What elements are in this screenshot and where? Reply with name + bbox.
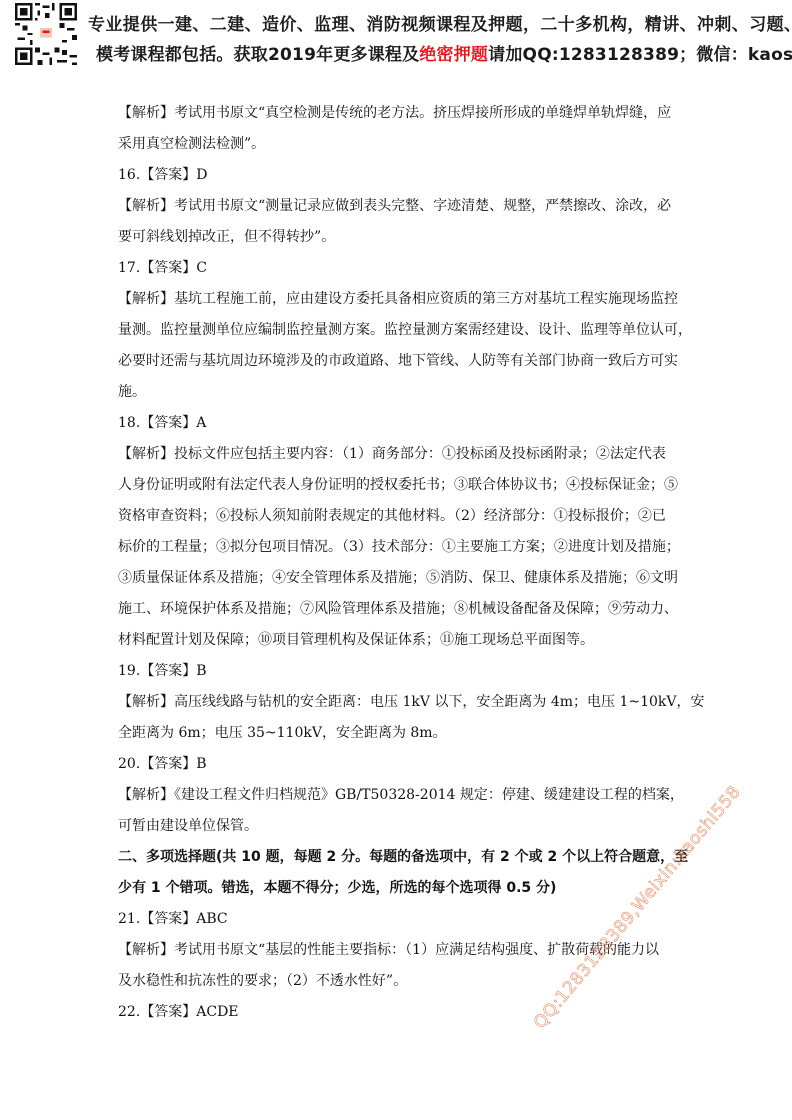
- analysis-line: 要可斜线划掉改正，但不得转抄”。: [118, 224, 674, 255]
- analysis-line: 【解析】高压线线路与钻机的安全距离：电压 1kV 以下，安全距离为 4m；电压 …: [118, 689, 674, 720]
- header-line-2: 模考课程都包括。获取2019年更多课程及绝密押题请加QQ:1283128389；…: [96, 40, 792, 65]
- analysis-line: 可暂由建设单位保管。: [118, 813, 674, 844]
- analysis-line: 【解析】投标文件应包括主要内容：（1）商务部分：①投标函及投标函附录；②法定代表: [118, 441, 674, 472]
- header-highlight: 绝密押题: [419, 45, 488, 65]
- analysis-line: 人身份证明或附有法定代表人身份证明的授权委托书；③联合体协议书；④投标保证金；⑤: [118, 472, 674, 503]
- answer-line-19: 19.【答案】B: [118, 658, 674, 689]
- answer-line-22: 22.【答案】ACDE: [118, 999, 674, 1030]
- analysis-line: 【解析】考试用书原文“测量记录应做到表头完整、字迹清楚、规整，严禁擦改、涂改，必: [118, 193, 674, 224]
- analysis-line: 采用真空检测法检测”。: [118, 131, 674, 162]
- analysis-line: 施。: [118, 379, 674, 410]
- analysis-line: 量测。监控量测单位应编制监控量测方案。监控量测方案需经建设、设计、监理等单位认可…: [118, 317, 674, 348]
- answer-line-20: 20.【答案】B: [118, 751, 674, 782]
- analysis-line: 【解析】《建设工程文件归档规范》GB/T50328-2014 规定：停建、缓建建…: [118, 782, 674, 813]
- answer-line-17: 17.【答案】C: [118, 255, 674, 286]
- analysis-line: 资格审查资料；⑥投标人须知前附表规定的其他材料。（2）经济部分：①投标报价；②已: [118, 503, 674, 534]
- header-line-2-text: 模考课程都包括。获取2019年更多课程及: [96, 45, 419, 65]
- analysis-line: 【解析】基坑工程施工前，应由建设方委托具备相应资质的第三方对基坑工程实施现场监控: [118, 286, 674, 317]
- header-contact: 请加QQ:1283128389；微信：kaoshi558: [488, 45, 792, 65]
- answer-line-21: 21.【答案】ABC: [118, 906, 674, 937]
- qr-code-icon: [15, 3, 77, 65]
- analysis-line: 全距离为 6m；电压 35~110kV，安全距离为 8m。: [118, 720, 674, 751]
- analysis-line: 必要时还需与基坑周边环境涉及的市政道路、地下管线、人防等有关部门协商一致后方可实: [118, 348, 674, 379]
- analysis-line: 标价的工程量；③拟分包项目情况。（3）技术部分：①主要施工方案；②进度计划及措施…: [118, 534, 674, 565]
- section-heading: 少有 1 个错项。错选，本题不得分；少选，所选的每个选项得 0.5 分): [118, 875, 674, 906]
- analysis-line: ③质量保证体系及措施；④安全管理体系及措施；⑤消防、保卫、健康体系及措施；⑥文明: [118, 565, 674, 596]
- answer-line-18: 18.【答案】A: [118, 410, 674, 441]
- header-line-1: 专业提供一建、二建、造价、监理、消防视频课程及押题，二十多机构，精讲、冲刺、习题…: [88, 10, 792, 35]
- analysis-line: 【解析】考试用书原文“真空检测是传统的老方法。挤压焊接所形成的单缝焊单轨焊缝，应: [118, 100, 674, 131]
- page-header-banner: 专业提供一建、二建、造价、监理、消防视频课程及押题，二十多机构，精讲、冲刺、习题…: [0, 0, 792, 72]
- section-heading: 二、多项选择题(共 10 题，每题 2 分。每题的备选项中，有 2 个或 2 个…: [118, 844, 674, 875]
- analysis-line: 材料配置计划及保障；⑩项目管理机构及保证体系；⑪施工现场总平面图等。: [118, 627, 674, 658]
- answer-content: 【解析】考试用书原文“真空检测是传统的老方法。挤压焊接所形成的单缝焊单轨焊缝，应…: [118, 100, 674, 1030]
- answer-line-16: 16.【答案】D: [118, 162, 674, 193]
- analysis-line: 施工、环境保护体系及措施；⑦风险管理体系及措施；⑧机械设备配备及保障；⑨劳动力、: [118, 596, 674, 627]
